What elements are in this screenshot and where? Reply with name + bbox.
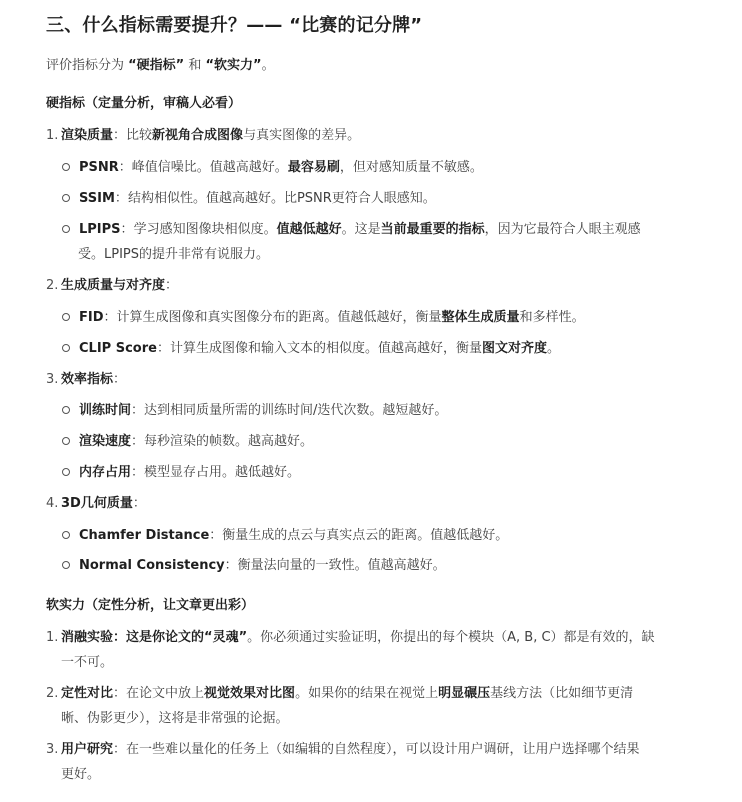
separator: ： bbox=[225, 558, 238, 573]
separator: ： bbox=[133, 496, 146, 511]
subitem-label: SSIM bbox=[79, 191, 115, 206]
intro-paragraph: 评价指标分为 “硬指标” 和 “软实力”。 bbox=[46, 56, 275, 76]
subitem-text: 每秒渲染的帧数。越高越好。 bbox=[144, 434, 313, 449]
subitem-render-speed: 渲染速度：每秒渲染的帧数。越高越好。 bbox=[62, 432, 313, 452]
subitem-text: 衡量法向量的一致性。值越高越好。 bbox=[238, 558, 446, 573]
separator: ： bbox=[119, 160, 132, 175]
item-label: 生成质量与对齐度 bbox=[61, 278, 165, 293]
item-emphasis: 这是你论文的“灵魂” bbox=[126, 630, 247, 645]
subitem-emphasis: 整体生成质量 bbox=[442, 310, 520, 325]
subitem-fid: FID：计算生成图像和真实图像分布的距离。值越低越好，衡量整体生成质量和多样性。 bbox=[62, 308, 585, 328]
separator: ： bbox=[131, 403, 144, 418]
separator: ： bbox=[131, 465, 144, 480]
item-text: 比较 bbox=[126, 128, 152, 143]
item-text: 。如果你的结果在视觉上 bbox=[295, 686, 438, 701]
separator: ： bbox=[113, 742, 126, 757]
list-number: 3. bbox=[46, 370, 61, 390]
bullet-icon bbox=[62, 437, 70, 445]
subitem-lpips-continuation: 受。LPIPS的提升非常有说服力。 bbox=[78, 245, 269, 265]
bullet-icon bbox=[62, 225, 70, 233]
list-item-generation-quality: 2.生成质量与对齐度： bbox=[46, 276, 178, 296]
subitem-label: 渲染速度 bbox=[79, 434, 131, 449]
subitem-psnr: PSNR：峰值信噪比。值越高越好。最容易刷，但对感知质量不敏感。 bbox=[62, 158, 483, 178]
item-text: 与真实图像的差异。 bbox=[243, 128, 360, 143]
list-item-ablation-continuation: 一不可。 bbox=[61, 653, 113, 673]
subitem-label: Normal Consistency bbox=[79, 558, 225, 573]
subitem-text: 达到相同质量所需的训练时间/迭代次数。越短越好。 bbox=[144, 403, 447, 418]
subitem-emphasis: 当前最重要的指标 bbox=[381, 222, 485, 237]
list-item-user-study: 3.用户研究：在一些难以量化的任务上（如编辑的自然程度），可以设计用户调研，让用… bbox=[46, 740, 640, 760]
bullet-icon bbox=[62, 194, 70, 202]
list-item-qualitative: 2.定性对比：在论文中放上视觉效果对比图。如果你的结果在视觉上明显碾压基线方法（… bbox=[46, 684, 633, 704]
subitem-label: FID bbox=[79, 310, 104, 325]
subitem-text: 。 bbox=[547, 341, 560, 356]
subitem-label: PSNR bbox=[79, 160, 119, 175]
list-item-qualitative-continuation: 晰、伪影更少），这将是非常强的论据。 bbox=[61, 709, 289, 729]
bullet-icon bbox=[62, 163, 70, 171]
separator: ： bbox=[131, 434, 144, 449]
hard-section-title: 硬指标（定量分析，审稿人必看） bbox=[46, 94, 241, 114]
subitem-text: 学习感知图像块相似度。 bbox=[134, 222, 277, 237]
bullet-icon bbox=[62, 468, 70, 476]
bullet-icon bbox=[62, 313, 70, 321]
list-item-user-study-continuation: 更好。 bbox=[61, 765, 100, 785]
subitem-lpips: LPIPS：学习感知图像块相似度。值越低越好。这是当前最重要的指标，因为它最符合… bbox=[62, 220, 641, 240]
subitem-text: 计算生成图像和输入文本的相似度。值越高越好，衡量 bbox=[170, 341, 482, 356]
subitem-text: 模型显存占用。越低越好。 bbox=[144, 465, 300, 480]
intro-soft-term: “软实力” bbox=[206, 58, 262, 73]
subitem-ssim: SSIM：结构相似性。值越高越好。比PSNR更符合人眼感知。 bbox=[62, 189, 436, 209]
subitem-emphasis: 值越低越好 bbox=[277, 222, 342, 237]
subitem-memory-usage: 内存占用：模型显存占用。越低越好。 bbox=[62, 463, 300, 483]
separator: ： bbox=[113, 372, 126, 387]
item-emphasis: 新视角合成图像 bbox=[152, 128, 243, 143]
subitem-text: 结构相似性。值越高越好。比PSNR更符合人眼感知。 bbox=[128, 191, 436, 206]
subitem-label: CLIP Score bbox=[79, 341, 157, 356]
separator: ： bbox=[115, 191, 128, 206]
item-label: 用户研究 bbox=[61, 742, 113, 757]
bullet-icon bbox=[62, 561, 70, 569]
list-number: 1. bbox=[46, 126, 61, 146]
list-number: 2. bbox=[46, 684, 61, 704]
separator: ： bbox=[121, 222, 134, 237]
subitem-label: 训练时间 bbox=[79, 403, 131, 418]
subitem-text: ，但对感知质量不敏感。 bbox=[340, 160, 483, 175]
item-text: 。你必须通过实验证明，你提出的每个模块（A, B, C）都是有效的，缺 bbox=[247, 630, 654, 645]
list-number: 4. bbox=[46, 494, 61, 514]
list-number: 2. bbox=[46, 276, 61, 296]
bullet-icon bbox=[62, 406, 70, 414]
page-title: 三、什么指标需要提升？—— “比赛的记分牌” bbox=[46, 11, 422, 37]
soft-section-title: 软实力（定性分析，让文章更出彩） bbox=[46, 596, 254, 616]
subitem-normal-consistency: Normal Consistency：衡量法向量的一致性。值越高越好。 bbox=[62, 556, 446, 576]
subitem-text: 衡量生成的点云与真实点云的距离。值越低越好。 bbox=[222, 528, 508, 543]
list-item-ablation: 1.消融实验：这是你论文的“灵魂”。你必须通过实验证明，你提出的每个模块（A, … bbox=[46, 628, 655, 648]
separator: ： bbox=[113, 686, 126, 701]
list-item-rendering-quality: 1.渲染质量：比较新视角合成图像与真实图像的差异。 bbox=[46, 126, 360, 146]
item-text: 基线方法（比如细节更清 bbox=[490, 686, 633, 701]
subitem-label: LPIPS bbox=[79, 222, 121, 237]
list-item-efficiency: 3.效率指标： bbox=[46, 370, 126, 390]
separator: ： bbox=[113, 630, 126, 645]
subitem-emphasis: 图文对齐度 bbox=[482, 341, 547, 356]
item-label: 效率指标 bbox=[61, 372, 113, 387]
item-emphasis: 明显碾压 bbox=[438, 686, 490, 701]
subitem-emphasis: 最容易刷 bbox=[288, 160, 340, 175]
separator: ： bbox=[157, 341, 170, 356]
subitem-label: 内存占用 bbox=[79, 465, 131, 480]
intro-text: 评价指标分为 bbox=[46, 58, 128, 73]
list-number: 1. bbox=[46, 628, 61, 648]
item-label: 定性对比 bbox=[61, 686, 113, 701]
separator: ： bbox=[113, 128, 126, 143]
subitem-text: ，因为它最符合人眼主观感 bbox=[485, 222, 641, 237]
bullet-icon bbox=[62, 344, 70, 352]
list-number: 3. bbox=[46, 740, 61, 760]
subitem-text: 。这是 bbox=[342, 222, 381, 237]
subitem-text: 峰值信噪比。值越高越好。 bbox=[132, 160, 288, 175]
subitem-label: Chamfer Distance bbox=[79, 528, 209, 543]
separator: ： bbox=[165, 278, 178, 293]
separator: ： bbox=[104, 310, 117, 325]
separator: ： bbox=[209, 528, 222, 543]
intro-hard-term: “硬指标” bbox=[128, 58, 184, 73]
item-emphasis: 视觉效果对比图 bbox=[204, 686, 295, 701]
subitem-clip-score: CLIP Score：计算生成图像和输入文本的相似度。值越高越好，衡量图文对齐度… bbox=[62, 339, 560, 359]
subitem-text: 计算生成图像和真实图像分布的距离。值越低越好，衡量 bbox=[117, 310, 442, 325]
item-text: 在论文中放上 bbox=[126, 686, 204, 701]
item-label: 渲染质量 bbox=[61, 128, 113, 143]
bullet-icon bbox=[62, 531, 70, 539]
intro-text: 和 bbox=[184, 58, 205, 73]
subitem-chamfer-distance: Chamfer Distance：衡量生成的点云与真实点云的距离。值越低越好。 bbox=[62, 526, 508, 546]
subitem-training-time: 训练时间：达到相同质量所需的训练时间/迭代次数。越短越好。 bbox=[62, 401, 447, 421]
intro-text: 。 bbox=[262, 58, 275, 73]
item-label: 消融实验 bbox=[61, 630, 113, 645]
item-label: 3D几何质量 bbox=[61, 496, 133, 511]
item-text: 在一些难以量化的任务上（如编辑的自然程度），可以设计用户调研，让用户选择哪个结果 bbox=[126, 742, 640, 757]
subitem-text: 和多样性。 bbox=[520, 310, 585, 325]
list-item-3d-geometry: 4.3D几何质量： bbox=[46, 494, 146, 514]
